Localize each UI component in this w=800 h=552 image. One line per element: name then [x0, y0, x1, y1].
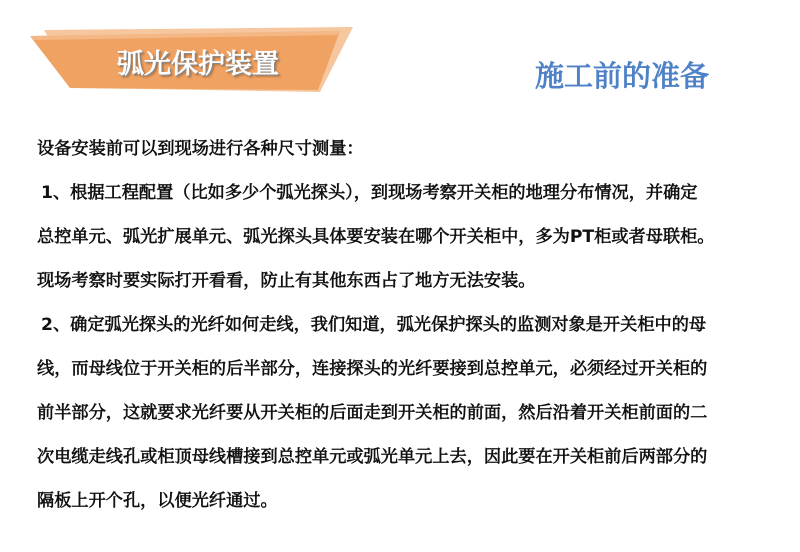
- title-banner: 弧光保护装置: [0, 0, 400, 110]
- banner-title: 弧光保护装置: [108, 42, 288, 81]
- item-2-line-2: 线，而母线位于开关柜的后半部分，连接探头的光纤要接到总控单元，必须经过开关柜的: [37, 347, 777, 391]
- item-2-line-1: 2、确定弧光探头的光纤如何走线，我们知道，弧光保护探头的监测对象是开关柜中的母: [37, 303, 777, 347]
- item-1-line-3: 现场考察时要实际打开看看，防止有其他东西占了地方无法安装。: [37, 259, 777, 303]
- item-1-line-1: 1、根据工程配置（比如多少个弧光探头），到现场考察开关柜的地理分布情况，并确定: [37, 171, 777, 215]
- intro-line: 设备安装前可以到现场进行各种尺寸测量：: [37, 127, 777, 171]
- section-title: 施工前的准备: [535, 54, 709, 95]
- item-1-line-2: 总控单元、弧光扩展单元、弧光探头具体要安装在哪个开关柜中，多为PT柜或者母联柜。: [37, 215, 777, 259]
- body-text: 设备安装前可以到现场进行各种尺寸测量： 1、根据工程配置（比如多少个弧光探头），…: [37, 127, 777, 523]
- item-2-line-4: 次电缆走线孔或柜顶母线槽接到总控单元或弧光单元上去，因此要在开关柜前后两部分的: [37, 435, 777, 479]
- item-2-line-5: 隔板上开个孔，以便光纤通过。: [37, 479, 777, 523]
- item-2-line-3: 前半部分，这就要求光纤要从开关柜的后面走到开关柜的前面，然后沿着开关柜前面的二: [37, 391, 777, 435]
